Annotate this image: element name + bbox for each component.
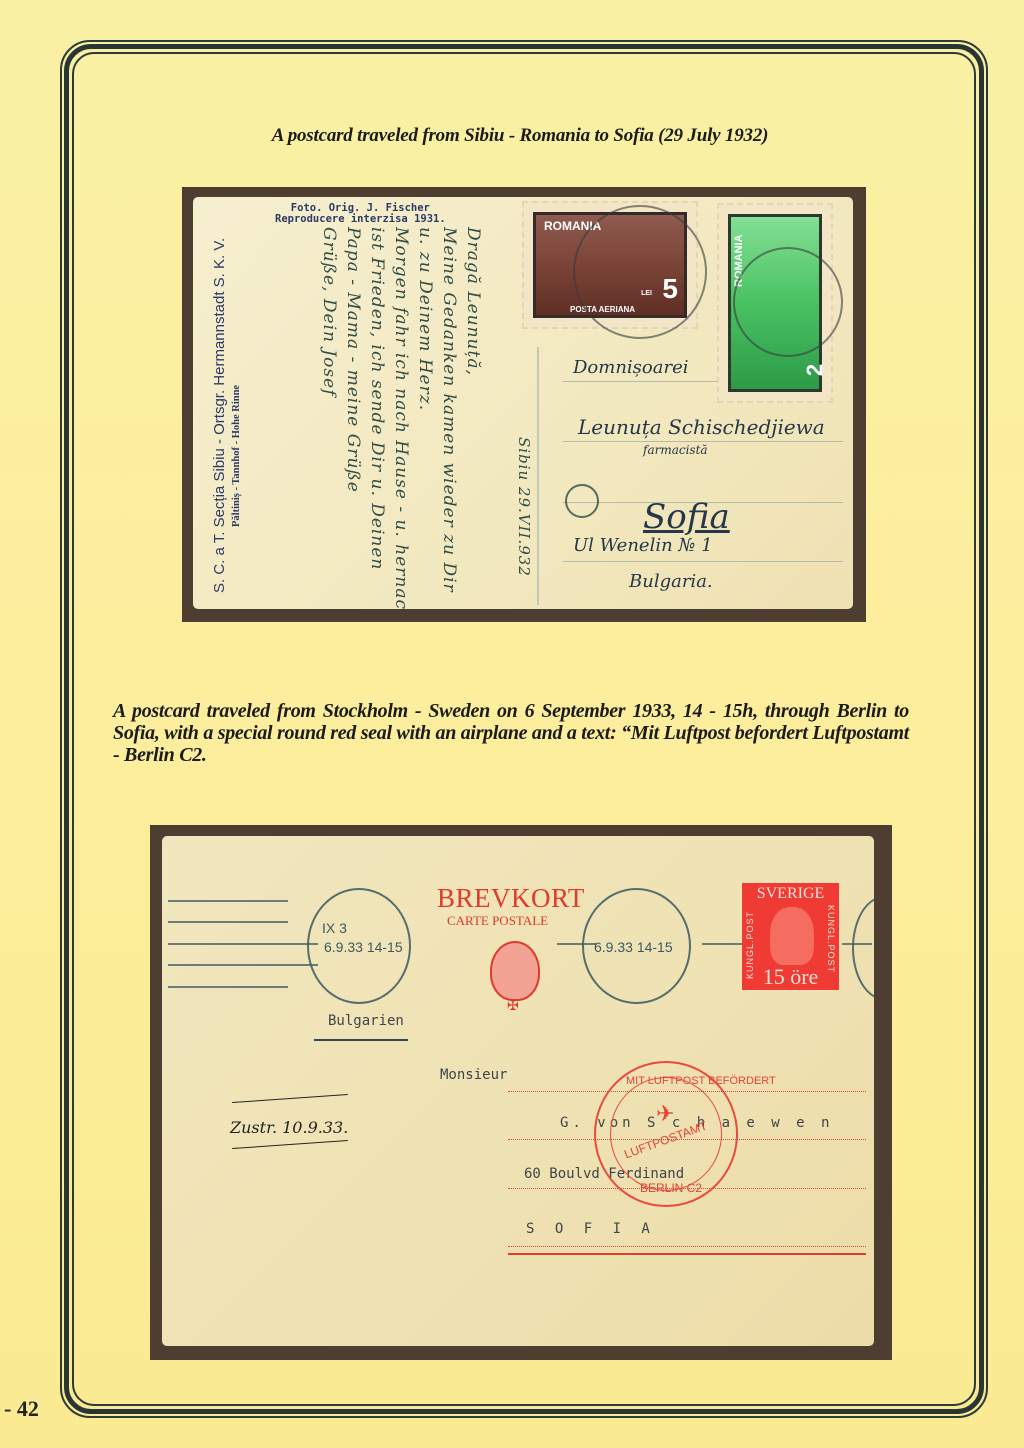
message-line: Papa - Mama - meine Grüße	[343, 227, 363, 493]
note-line	[232, 1140, 348, 1149]
cancel-wave-line	[702, 943, 742, 945]
address-line: Leunuța Schischedjiewa	[578, 415, 825, 439]
stamp-side-text: KUNGL.POST	[826, 905, 836, 973]
address-guide-line	[563, 441, 843, 442]
swedish-coat-of-arms-icon	[490, 941, 540, 1001]
address-red-line	[508, 1253, 866, 1255]
exhibit2-postcard: IX 3 6.9.33 14-15 6.9.33 14-15 BREVKORT …	[162, 836, 874, 1346]
photo-credit: Foto. Orig. J. Fischer Reproducere inter…	[275, 203, 446, 225]
card-subtitle: CARTE POSTALE	[447, 913, 548, 929]
address-guide-line	[563, 561, 843, 562]
cancel-wave-line	[168, 964, 318, 966]
postmark-sibiu	[733, 247, 843, 357]
address-line: Bulgaria.	[629, 571, 713, 592]
address-dotted-line	[508, 1246, 866, 1247]
message-line: Dragă Leunuță,	[463, 227, 483, 376]
cancel-date: 6.9.33 14-15	[594, 939, 673, 955]
typed-salutation: Monsieur	[440, 1067, 507, 1083]
cancel-partial	[852, 896, 874, 1000]
exhibit1-mount: S. C. a T. Secția Sibiu - Ortsgr. Herman…	[182, 187, 866, 622]
handwritten-received-note: Zustr. 10.9.33.	[230, 1118, 348, 1137]
stamp-value: 15 öre	[742, 964, 839, 990]
message-line: ist Frieden, ich sende Dir u. Deinen	[367, 227, 387, 570]
order-star-icon: ✠	[507, 1001, 519, 1013]
message-line: Meine Gedanken kamen wieder zu Dir	[439, 227, 459, 593]
exhibit1-caption: A postcard traveled from Sibiu - Romania…	[0, 125, 1024, 147]
date-written: Sibiu 29.VII.932	[515, 437, 533, 577]
cancel-date: 6.9.33 14-15	[324, 939, 403, 955]
cancel-wave-line	[168, 943, 318, 945]
address-line: Ul Wenelin № 1	[573, 535, 713, 556]
seal-bottom-text: BERLIN C2	[640, 1181, 702, 1195]
address-guide-line	[563, 381, 733, 382]
cancel-wave-line	[168, 900, 288, 902]
airplane-icon: ✈	[656, 1101, 674, 1127]
stamp-country: SVERIGE	[742, 885, 839, 903]
address-line: Domnișoarei	[573, 357, 689, 378]
postmark-sibiu	[573, 205, 707, 339]
king-portrait-icon	[770, 907, 814, 965]
printed-publisher: S. C. a T. Secția Sibiu - Ortsgr. Herman…	[211, 238, 228, 593]
note-line	[232, 1094, 348, 1103]
card-title: BREVKORT	[437, 883, 585, 914]
address-line: Sofia	[643, 497, 730, 537]
cancel-extra: IX 3	[322, 920, 347, 936]
exhibit2-mount: IX 3 6.9.33 14-15 6.9.33 14-15 BREVKORT …	[150, 825, 892, 1360]
message-line: u. zu Deinem Herz.	[415, 227, 435, 411]
stamp-sverige-15-ore: SVERIGE KUNGL.POST KUNGL.POST 15 öre	[742, 883, 839, 990]
divider-line	[537, 347, 539, 605]
exhibit2-caption: A postcard traveled from Stockholm - Swe…	[113, 700, 909, 766]
typed-country: Bulgarien	[328, 1013, 404, 1029]
stamp-value: 2	[802, 364, 828, 376]
printed-location: Păltiniș - Tannhof - Hohe Rinne	[231, 385, 242, 527]
message-line: Morgen fahr ich nach Hause - u. hernach	[391, 227, 411, 609]
seal-top-text: MIT LUFTPOST BEFÖRDERT	[626, 1075, 776, 1087]
red-airmail-seal: MIT LUFTPOST BEFÖRDERT LUFTPOSTAMT BERLI…	[594, 1061, 738, 1207]
underline	[314, 1039, 408, 1041]
cancel-wave-line	[168, 986, 288, 988]
page-number: - 42	[4, 1396, 39, 1422]
typed-city: S O F I A	[526, 1221, 656, 1237]
message-line: Grüße, Dein Josef	[319, 227, 339, 397]
address-line: farmacistă	[643, 443, 708, 457]
exhibit1-postcard: S. C. a T. Secția Sibiu - Ortsgr. Herman…	[193, 197, 853, 609]
checkmark-mark	[565, 484, 599, 518]
cancel-wave-line	[168, 921, 288, 923]
photo-credit-line2: Reproducere interzisa 1931.	[275, 214, 446, 225]
